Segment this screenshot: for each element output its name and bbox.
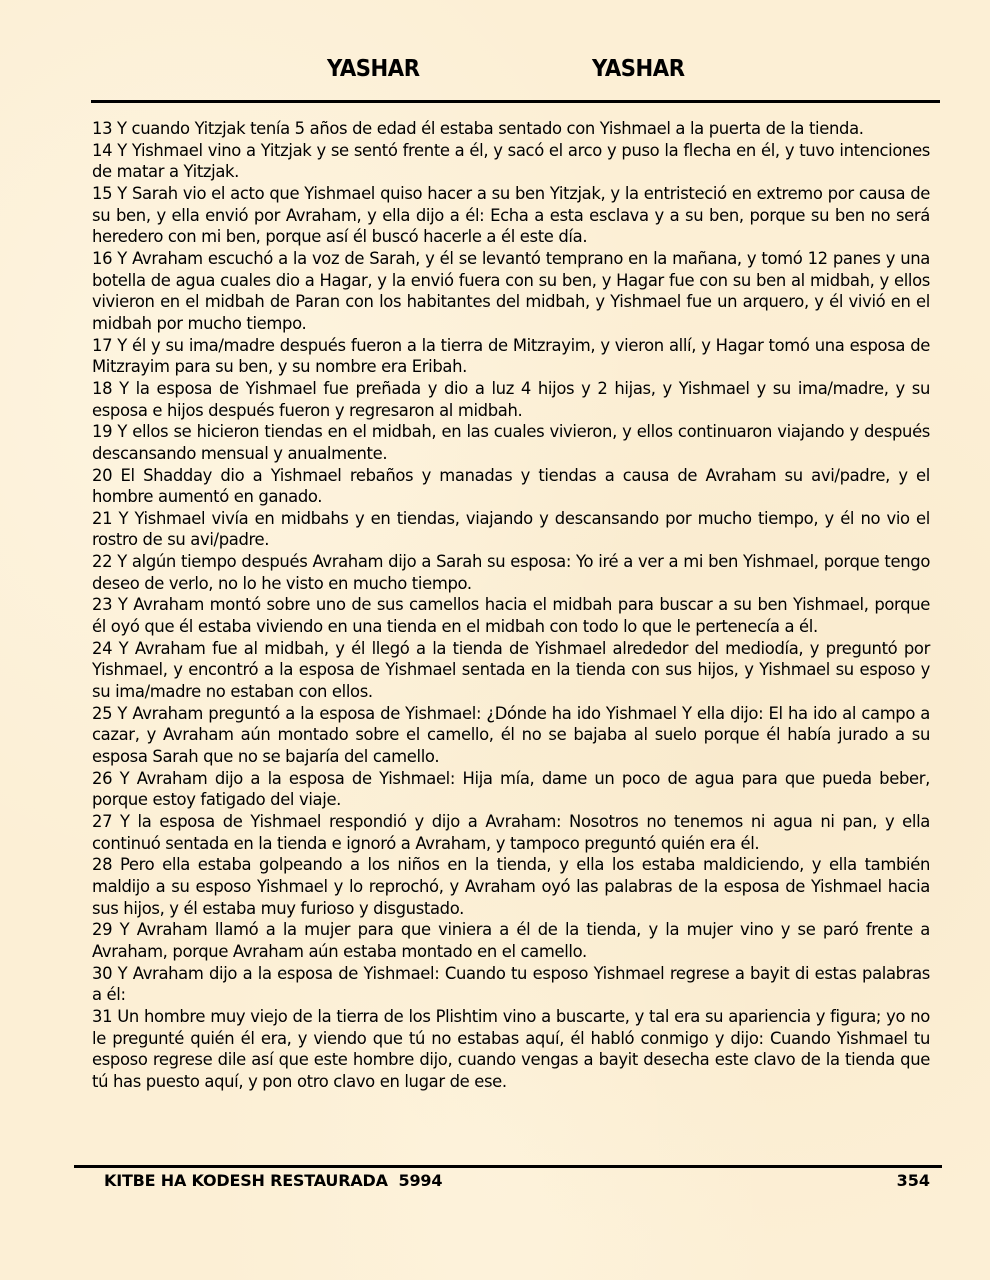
footer-divider [74, 1165, 942, 1168]
verse-20: 20 El Shadday dio a Yishmael rebaños y m… [92, 465, 930, 508]
footer-book-title: KITBE HA KODESH RESTAURADA 5994 [104, 1171, 442, 1190]
verse-15: 15 Y Sarah vio el acto que Yishmael quis… [92, 183, 930, 248]
verse-30: 30 Y Avraham dijo a la esposa de Yishmae… [92, 963, 930, 1006]
page-body: 13 Y cuando Yitzjak tenía 5 años de edad… [92, 118, 930, 1093]
verse-31: 31 Un hombre muy viejo de la tierra de l… [92, 1006, 930, 1093]
verse-24: 24 Y Avraham fue al midbah, y él llegó a… [92, 638, 930, 703]
header-title-right: YASHAR [592, 56, 685, 82]
header-title-left: YASHAR [327, 56, 420, 82]
verse-16: 16 Y Avraham escuchó a la voz de Sarah, … [92, 248, 930, 335]
verse-28: 28 Pero ella estaba golpeando a los niño… [92, 854, 930, 919]
verse-19: 19 Y ellos se hicieron tiendas en el mid… [92, 421, 930, 464]
verse-13: 13 Y cuando Yitzjak tenía 5 años de edad… [92, 118, 930, 140]
verse-25: 25 Y Avraham preguntó a la esposa de Yis… [92, 703, 930, 768]
verse-26: 26 Y Avraham dijo a la esposa de Yishmae… [92, 768, 930, 811]
verse-14: 14 Y Yishmael vino a Yitzjak y se sentó … [92, 140, 930, 183]
header-divider [91, 100, 940, 103]
verse-23: 23 Y Avraham montó sobre uno de sus came… [92, 594, 930, 637]
verse-29: 29 Y Avraham llamó a la mujer para que v… [92, 919, 930, 962]
running-header: YASHAR YASHAR [0, 56, 990, 92]
verse-18: 18 Y la esposa de Yishmael fue preñada y… [92, 378, 930, 421]
verse-17: 17 Y él y su ima/madre después fueron a … [92, 335, 930, 378]
verse-27: 27 Y la esposa de Yishmael respondió y d… [92, 811, 930, 854]
verse-22: 22 Y algún tiempo después Avraham dijo a… [92, 551, 930, 594]
page-number: 354 [897, 1171, 930, 1190]
verse-21: 21 Y Yishmael vivía en midbahs y en tien… [92, 508, 930, 551]
